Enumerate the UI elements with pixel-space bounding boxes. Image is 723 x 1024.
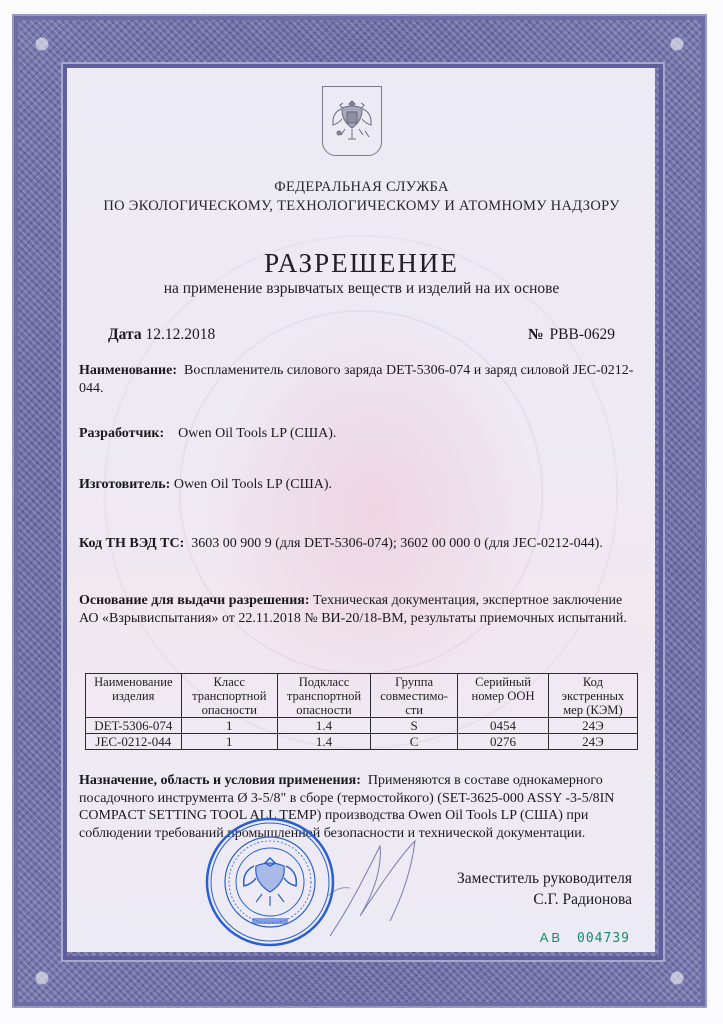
column-header: Подкласс транспортной опасности [277,674,370,718]
column-header: Серийный номер ООН [458,674,549,718]
table-header-row: Наименование изделия Класс транспортной … [86,674,638,718]
cell-product: JEC-0212-044 [86,734,182,750]
signatory-name: С.Г. Радионова [533,891,632,909]
cell-emergency-code: 24Э [548,734,637,750]
double-headed-eagle-icon [329,95,375,147]
signature-icon [320,836,430,946]
cell-subclass: 1.4 [277,718,370,734]
cell-un-number: 0276 [458,734,549,750]
cell-group: S [371,718,458,734]
field-value: Owen Oil Tools LP (США). [178,426,336,441]
column-header: Наименование изделия [86,674,182,718]
field-name: Наименование: Воспламенитель силового за… [79,362,639,397]
field-value: 3603 00 900 9 (для DET-5306-074); 3602 0… [191,536,603,551]
cell-group: C [371,734,458,750]
field-basis: Основание для выдачи разрешения: Техниче… [79,592,639,627]
field-developer: Разработчик: Owen Oil Tools LP (США). [79,425,639,443]
field-label: Наименование: [79,363,177,378]
field-label: Назначение, область и условия применения… [79,773,361,788]
field-label: Изготовитель: [79,477,170,492]
cell-subclass: 1.4 [277,734,370,750]
cell-class: 1 [181,718,277,734]
number-sign: № [528,326,544,343]
field-label: Разработчик: [79,426,164,441]
document-subtitle: на применение взрывчатых веществ и издел… [70,280,653,298]
cell-emergency-code: 24Э [548,718,637,734]
cell-class: 1 [181,734,277,750]
field-customs-code: Код ТН ВЭД ТС: 3603 00 900 9 (для DET-53… [79,535,639,553]
agency-name-line2: ПО ЭКОЛОГИЧЕСКОМУ, ТЕХНОЛОГИЧЕСКОМУ И АТ… [70,198,653,215]
signatory-title: Заместитель руководителя [457,870,632,888]
table-row: JEC-0212-044 1 1.4 C 0276 24Э [86,734,638,750]
official-seal-icon [204,816,336,948]
column-header: Класс транспортной опасности [181,674,277,718]
serial-series: АВ [540,930,563,945]
cell-product: DET-5306-074 [86,718,182,734]
serial-number: 004739 [577,931,630,946]
column-header: Код экстренных мер (КЭМ) [548,674,637,718]
field-purpose: Назначение, область и условия применения… [79,772,639,842]
number-value: РВВ-0629 [550,326,615,343]
issue-date: Дата 12.12.2018 [108,326,215,344]
field-label: Основание для выдачи разрешения: [79,593,310,608]
product-table: Наименование изделия Класс транспортной … [85,673,638,750]
date-label: Дата [108,326,142,343]
agency-name-line1: ФЕДЕРАЛЬНАЯ СЛУЖБА [70,179,653,196]
printer-mark [689,775,699,905]
cell-un-number: 0454 [458,718,549,734]
permit-number: №РВВ-0629 [528,326,615,344]
document-title: РАЗРЕШЕНИЕ [70,248,653,279]
table-row: DET-5306-074 1 1.4 S 0454 24Э [86,718,638,734]
date-value: 12.12.2018 [145,326,215,343]
field-value: Owen Oil Tools LP (США). [174,477,332,492]
field-label: Код ТН ВЭД ТС: [79,536,184,551]
blank-serial-number: АВ004739 [540,930,630,946]
column-header: Группа совместимо-сти [371,674,458,718]
coat-of-arms-icon [322,86,382,156]
field-manufacturer: Изготовитель: Owen Oil Tools LP (США). [79,476,639,494]
